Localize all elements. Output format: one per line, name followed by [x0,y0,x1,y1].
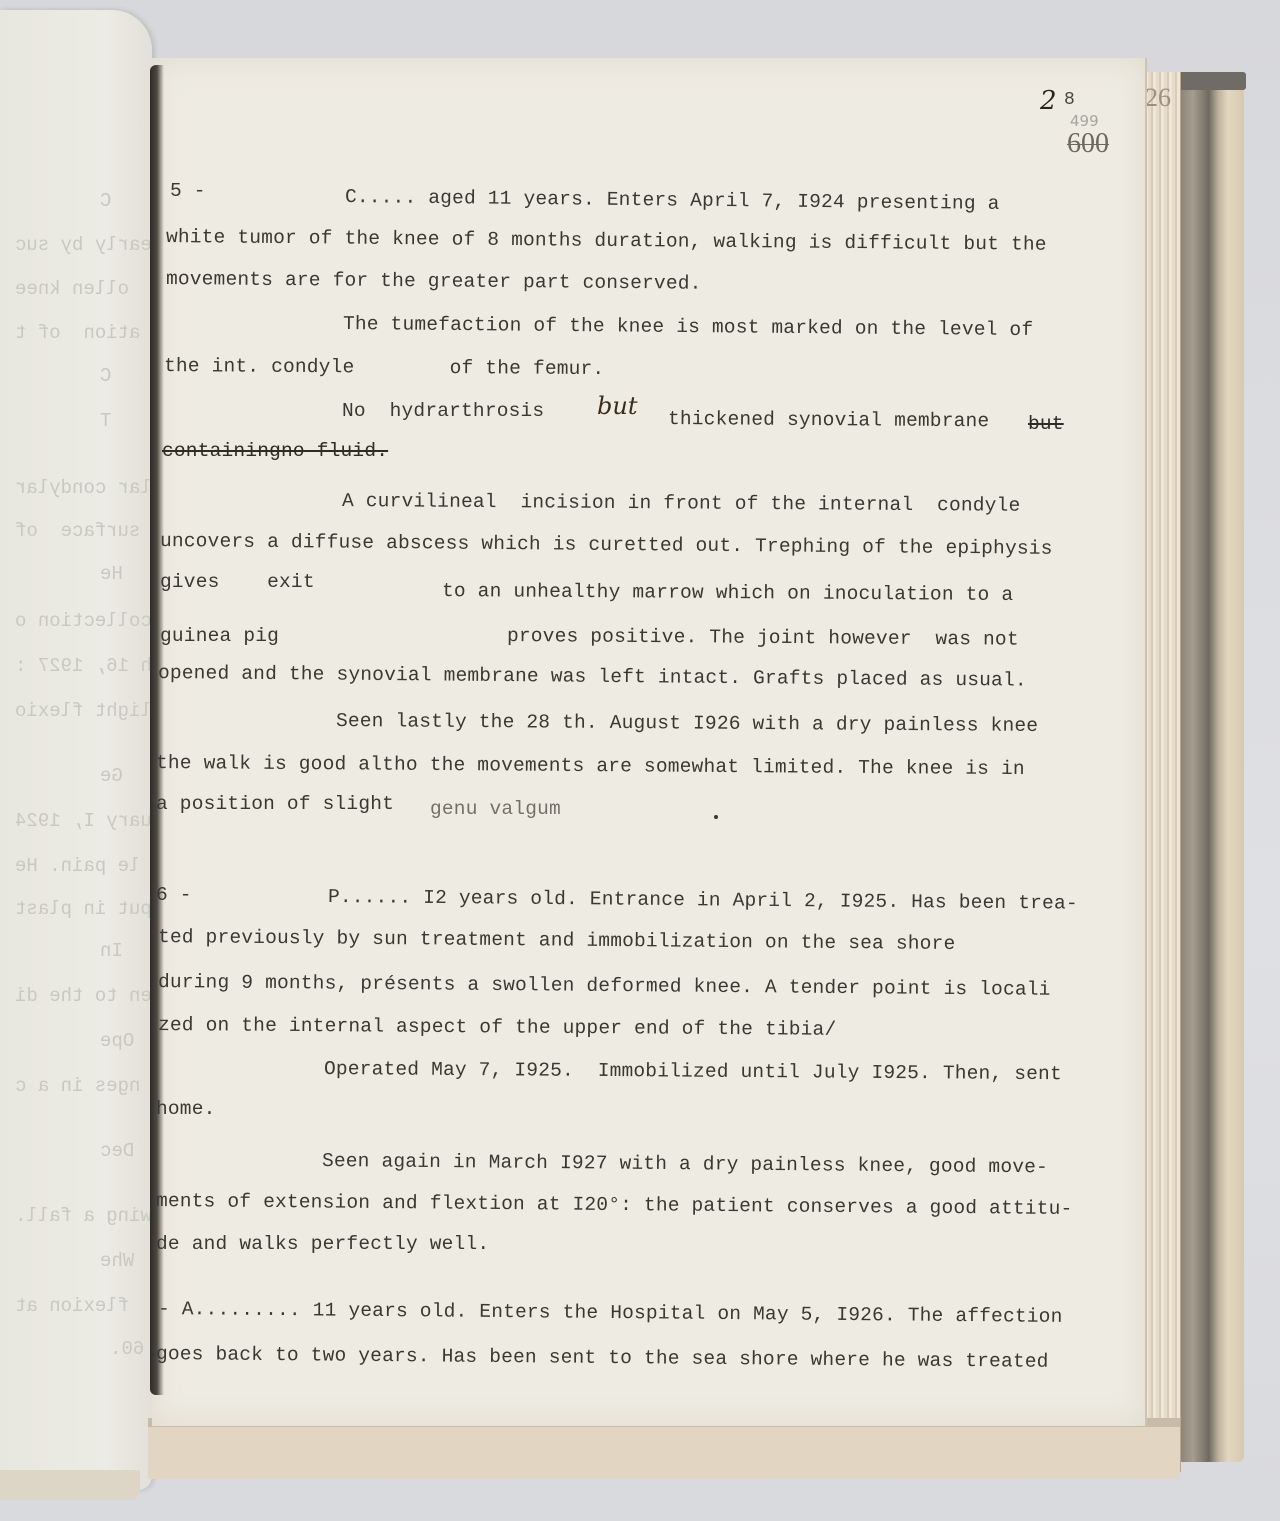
text-line: gives exit [160,571,315,593]
text-line: the int. condyle of the femur. [164,355,605,380]
text-line: to an unhealthy marrow which on inoculat… [442,580,1013,606]
mount-strip [148,1418,1180,1479]
text-line: proves positive. The joint however was n… [507,625,1019,651]
ghost-text: T [100,410,111,432]
ghost-text: p surface of [15,520,163,542]
page-number-handwritten: 2 [1040,86,1057,116]
case-number: 5 - [170,180,206,202]
ghost-text: light flexio [15,700,152,722]
struck-text: containingno fluid. [162,440,388,462]
ghost-text: 60. [110,1338,144,1360]
text-line: movements are for the greater part conse… [166,268,702,295]
ghost-text: lar condylar [15,477,152,499]
ghost-text: wing a fall. [15,1205,152,1227]
page-number-stamp: 600 [1067,128,1109,160]
text-line: No hydrarthrosis [342,400,544,422]
ghost-text: early by suc [15,234,152,256]
case-number: 6 - [156,884,192,906]
edge-page-stamp: 26 [1145,88,1171,108]
ghost-text: collection o [15,610,152,632]
ghost-text: ien to the di [15,985,163,1007]
ghost-text: Whe [100,1250,134,1272]
ghost-text: C [100,365,111,387]
book-cover-edge [1180,82,1244,1462]
ghost-text: flexion at [15,1295,129,1317]
ghost-text: le pain. He [15,855,140,877]
left-page-bottom-edge [0,1470,140,1500]
ghost-text: uary I, 1924 [15,810,152,832]
ghost-text: Ge [100,765,123,787]
ghost-text: ollen knee [15,278,129,300]
ghost-text: Ope [100,1030,134,1052]
struck-text: but [1028,413,1064,435]
page-number-typed: 8 [1064,90,1075,110]
document-page [152,58,1147,1426]
period-mark [714,815,718,819]
ghost-text: Dec [100,1140,134,1162]
handwritten-insert: but [597,392,637,420]
text-line: de and walks perfectly well. [156,1233,489,1255]
ghost-text: He [100,563,123,585]
ghost-text: C [100,190,111,212]
text-line: home. [156,1098,216,1120]
ghost-text: ch 16, 1927 : [15,655,163,677]
text-line: a position of slight [156,793,394,815]
text-line-faint: genu valgum [430,798,561,820]
text-line: guinea pig [160,625,279,647]
ghost-text: nges in a c [15,1075,140,1097]
ghost-text: put in plast [15,898,152,920]
text-line: thickened synovial membrane [668,408,990,432]
ghost-text: In [100,940,123,962]
ghost-text: ation of t [15,322,140,344]
